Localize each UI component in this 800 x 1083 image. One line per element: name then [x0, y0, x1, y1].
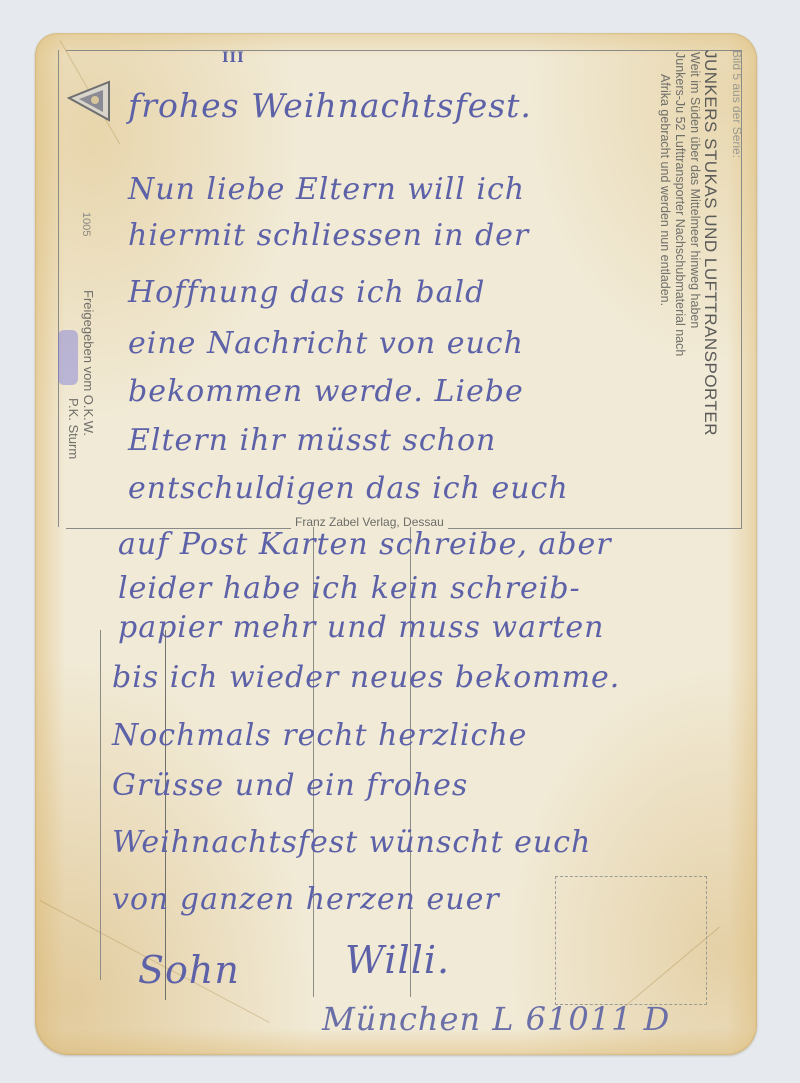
address-line: München L 61011 D [322, 1000, 670, 1038]
handwritten-line: Nochmals recht herzliche [112, 718, 527, 753]
ink-stamp-mark [58, 330, 78, 385]
handwritten-line: entschuldigen das ich euch [128, 471, 569, 506]
handwritten-line: bekommen werde. Liebe [128, 374, 524, 409]
handwritten-line: Weihnachtsfest wünscht euch [112, 825, 591, 860]
handwritten-line: Eltern ihr müsst schon [128, 423, 496, 458]
handwritten-line: Grüsse und ein frohes [112, 768, 468, 803]
stamp-box [555, 876, 707, 1005]
rule-line [100, 630, 101, 980]
photographer-credit: P.K. Sturm [66, 398, 81, 459]
handwritten-mark: III [222, 50, 245, 66]
signature-name: Willi. [345, 938, 450, 982]
handwritten-line: auf Post Karten schreibe, aber [118, 527, 612, 562]
handwritten-line: eine Nachricht von euch [128, 326, 524, 361]
card-number: 1005 [80, 212, 92, 236]
handwritten-line: bis ich wieder neues bekomme. [112, 660, 620, 695]
series-description-line: Junkers-Ju 52 Lufttransporter Nachschubm… [672, 52, 687, 356]
handwritten-line: frohes Weihnachtsfest. [128, 86, 532, 125]
series-description: Weit im Süden über das Mittelmeer hinweg… [657, 52, 702, 356]
caption-frame-left-rule [58, 50, 59, 527]
publisher-logo-icon [65, 76, 111, 122]
handwritten-line: papier mehr und muss warten [118, 610, 604, 645]
series-description-line: Afrika gebracht und werden nun entladen. [657, 74, 672, 356]
series-label: Bild 5 aus der Serie: [730, 50, 744, 158]
handwritten-line: leider habe ich kein schreib- [118, 571, 581, 606]
signature-sohn: Sohn [138, 948, 240, 992]
handwritten-line: von ganzen herzen euer [112, 882, 500, 917]
handwritten-line: Nun liebe Eltern will ich [128, 172, 525, 207]
series-title: JUNKERS STUKAS UND LUFTTRANSPORTER [700, 50, 720, 436]
handwritten-line: Hoffnung das ich bald [128, 275, 485, 310]
handwritten-line: hiermit schliessen in der [128, 218, 529, 253]
release-text: Freigegeben vom O.K.W. [81, 290, 96, 436]
series-description-line: Weit im Süden über das Mittelmeer hinweg… [687, 52, 702, 356]
